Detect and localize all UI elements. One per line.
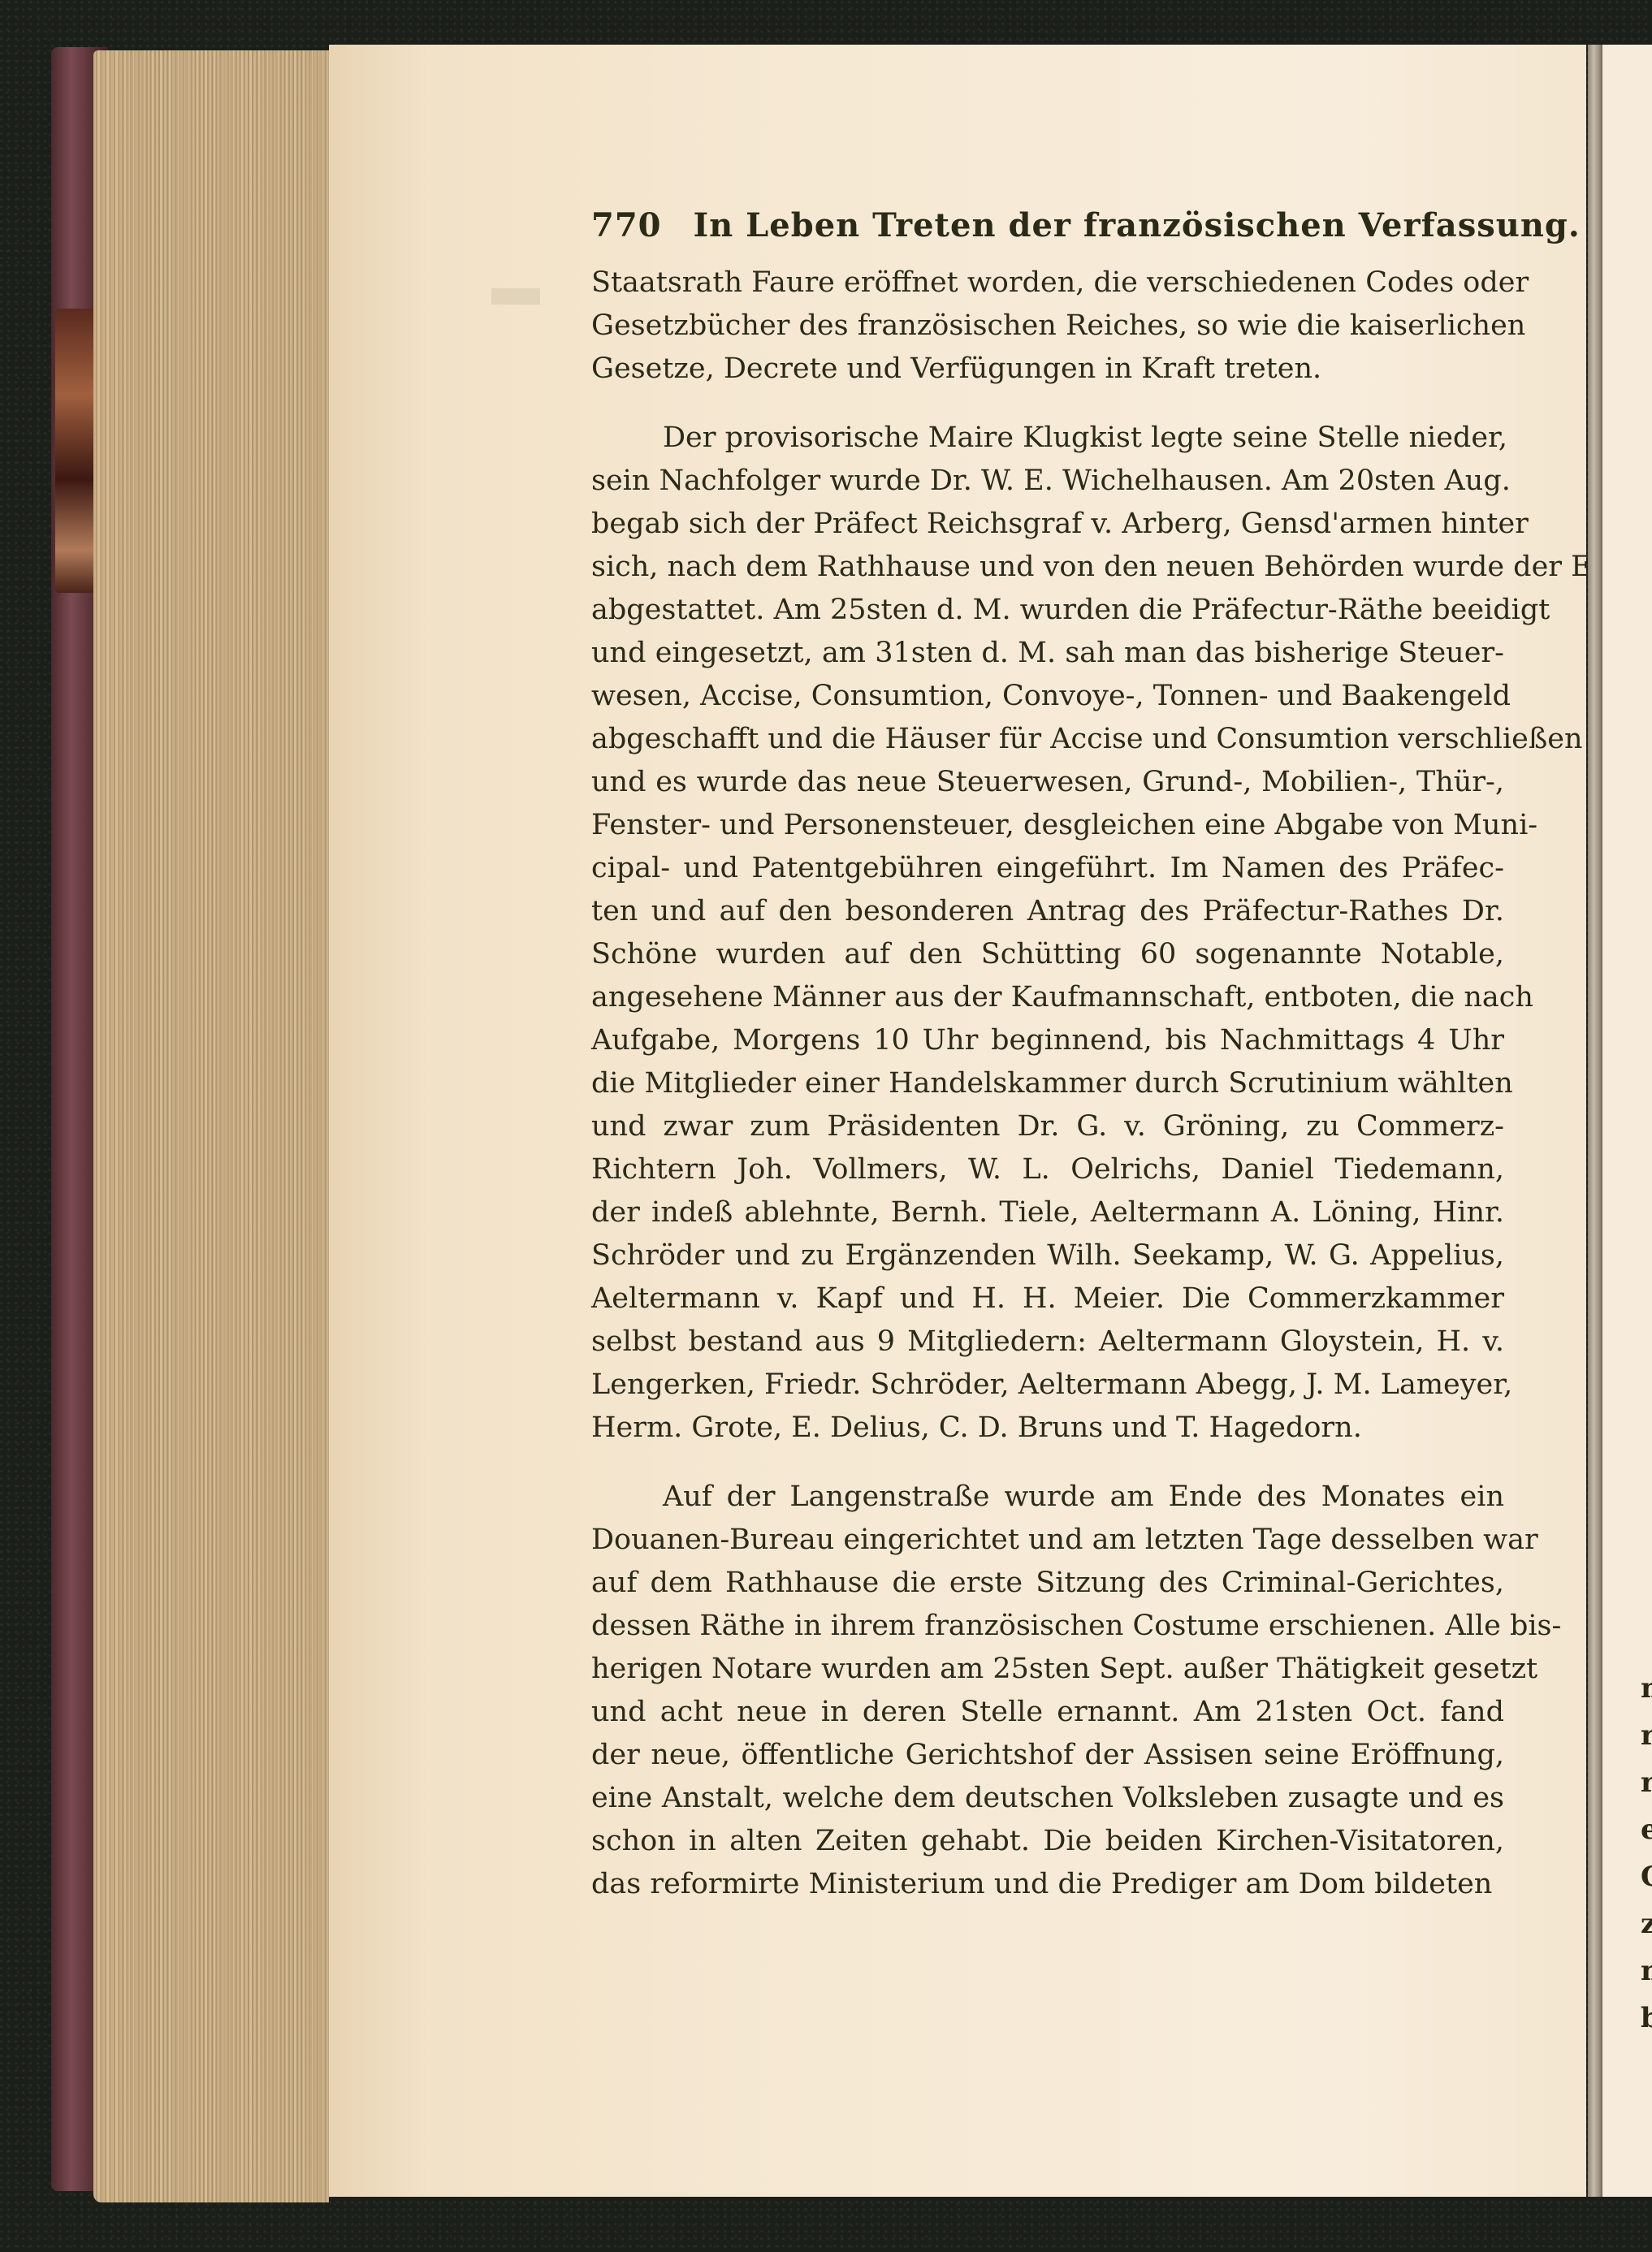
- worn-cover-patch: [55, 309, 97, 593]
- paragraph-gap: [591, 1450, 1504, 1476]
- text-line: und zwar zum Präsidenten Dr. G. v. Gröni…: [591, 1105, 1504, 1148]
- text-line: sein Nachfolger wurde Dr. W. E. Wichelha…: [591, 460, 1504, 503]
- facing-glyph: z: [1641, 1900, 1652, 1947]
- text-line: Auf der Langenstraße wurde am Ende des M…: [591, 1476, 1504, 1519]
- text-line: das reformirte Ministerium und die Predi…: [591, 1863, 1504, 1906]
- facing-glyph: n: [1641, 1665, 1652, 1712]
- text-line: Lengerken, Friedr. Schröder, Aeltermann …: [591, 1364, 1504, 1407]
- text-line: Der provisorische Maire Klugkist legte s…: [591, 417, 1504, 460]
- text-line: die Mitglieder einer Handelskammer durch…: [591, 1062, 1504, 1105]
- page-edges-texture: [122, 50, 329, 2202]
- body-text: Staatsrath Faure eröffnet worden, die ve…: [591, 262, 1504, 1906]
- facing-glyph: C: [1641, 1853, 1652, 1900]
- text-line: Gesetzbücher des französischen Reiches, …: [591, 305, 1504, 348]
- text-line: der neue, öffentliche Gerichtshof der As…: [591, 1734, 1504, 1777]
- text-line: eine Anstalt, welche dem deutschen Volks…: [591, 1777, 1504, 1820]
- paragraph: Auf der Langenstraße wurde am Ende des M…: [591, 1476, 1504, 1906]
- text-line: und acht neue in deren Stelle ernannt. A…: [591, 1691, 1504, 1734]
- faint-bleed-mark: [491, 288, 540, 305]
- text-line: begab sich der Präfect Reichsgraf v. Arb…: [591, 503, 1504, 546]
- page-number: 770: [591, 206, 662, 244]
- text-line: abgestattet. Am 25sten d. M. wurden die …: [591, 589, 1504, 632]
- text-line: Staatsrath Faure eröffnet worden, die ve…: [591, 262, 1504, 305]
- text-line: herigen Notare wurden am 25sten Sept. au…: [591, 1648, 1504, 1691]
- facing-glyph: r: [1641, 1759, 1652, 1806]
- text-line: ten und auf den besonderen Antrag des Pr…: [591, 890, 1504, 933]
- text-line: Gesetze, Decrete und Verfügungen in Kraf…: [591, 348, 1504, 391]
- text-line: Aeltermann v. Kapf und H. H. Meier. Die …: [591, 1277, 1504, 1321]
- text-line: sich, nach dem Rathhause und von den neu…: [591, 546, 1504, 589]
- paragraph: Der provisorische Maire Klugkist legte s…: [591, 417, 1504, 1450]
- facing-glyph: e: [1641, 1806, 1652, 1853]
- text-line: Schöne wurden auf den Schütting 60 sogen…: [591, 933, 1504, 976]
- text-line: cipal- und Patentgebühren eingeführt. Im…: [591, 847, 1504, 890]
- text-line: und es wurde das neue Steuerwesen, Grund…: [591, 761, 1504, 804]
- text-line: wesen, Accise, Consumtion, Convoye-, Ton…: [591, 675, 1504, 718]
- text-line: Douanen-Bureau eingerichtet und am letzt…: [591, 1519, 1504, 1562]
- text-line: Richtern Joh. Vollmers, W. L. Oelrichs, …: [591, 1148, 1504, 1191]
- facing-glyph: n: [1641, 1947, 1652, 1995]
- running-head: 770 In Leben Treten der französischen Ve…: [591, 206, 1501, 244]
- text-line: der indeß ablehnte, Bernh. Tiele, Aelter…: [591, 1191, 1504, 1234]
- paragraph: Staatsrath Faure eröffnet worden, die ve…: [591, 262, 1504, 391]
- text-line: und eingesetzt, am 31sten d. M. sah man …: [591, 632, 1504, 675]
- paragraph-gap: [591, 391, 1504, 417]
- facing-glyph: r: [1641, 1712, 1652, 1759]
- text-line: Aufgabe, Morgens 10 Uhr beginnend, bis N…: [591, 1019, 1504, 1062]
- facing-page-glyphs: nrreCznb: [1641, 1665, 1652, 2042]
- text-line: Schröder und zu Ergänzenden Wilh. Seekam…: [591, 1234, 1504, 1277]
- text-line: selbst bestand aus 9 Mitgliedern: Aelter…: [591, 1321, 1504, 1364]
- text-line: angesehene Männer aus der Kaufmannschaft…: [591, 976, 1504, 1019]
- text-line: Fenster- und Personensteuer, desgleichen…: [591, 804, 1504, 847]
- text-line: schon in alten Zeiten gehabt. Die beiden…: [591, 1820, 1504, 1863]
- text-line: abgeschafft und die Häuser für Accise un…: [591, 718, 1504, 761]
- running-head-title: In Leben Treten der französischen Verfas…: [693, 206, 1580, 244]
- book-gutter: [1588, 45, 1602, 2197]
- text-line: Herm. Grote, E. Delius, C. D. Bruns und …: [591, 1407, 1504, 1450]
- text-line: auf dem Rathhause die erste Sitzung des …: [591, 1562, 1504, 1605]
- text-line: dessen Räthe in ihrem französischen Cost…: [591, 1605, 1504, 1648]
- facing-glyph: b: [1641, 1995, 1652, 2042]
